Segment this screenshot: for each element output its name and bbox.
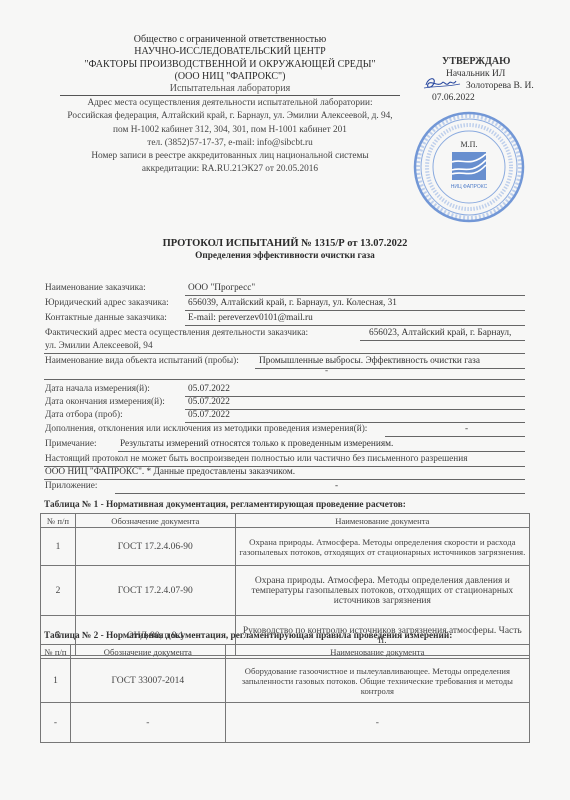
row-name: Охрана природы. Атмосфера. Методы опреде… bbox=[235, 566, 529, 616]
contact-value: E-mail: pereverzev0101@mail.ru bbox=[188, 313, 313, 324]
actual-address-row: Фактический адрес места осуществления де… bbox=[45, 328, 308, 339]
col-header-code: Обозначение документа bbox=[75, 514, 235, 528]
accreditation-line: аккредитации: RA.RU.21ЭК27 от 20.05.2016 bbox=[60, 163, 400, 176]
table-row: - - - bbox=[41, 703, 530, 743]
svg-text:НИЦ ФАПРОКС: НИЦ ФАПРОКС bbox=[451, 184, 488, 190]
actual-address-value: 656023, Алтайский край, г. Барнаул, bbox=[369, 328, 511, 339]
col-header-num: № п/п bbox=[41, 514, 76, 528]
signature-icon bbox=[422, 75, 462, 91]
col-header-num: № п/п bbox=[41, 645, 71, 659]
org-name-line2: "ФАКТОРЫ ПРОИЗВОДСТВЕННОЙ И ОКРУЖАЮЩЕЙ С… bbox=[60, 59, 400, 71]
legal-address-row: Юридический адрес заказчика: 656039, Алт… bbox=[45, 298, 169, 309]
table-header-row: № п/п Обозначение документа Наименование… bbox=[41, 514, 530, 528]
org-header: Общество с ограниченной ответственностью… bbox=[60, 34, 400, 96]
row-num: 2 bbox=[41, 566, 76, 616]
approval-block: УТВЕРЖДАЮ Начальник ИЛ Золоторева В. И. … bbox=[432, 56, 534, 104]
col-header-code: Обозначение документа bbox=[70, 645, 225, 659]
address-line: Адрес места осуществления деятельности и… bbox=[60, 97, 400, 110]
svg-text:М.П.: М.П. bbox=[461, 140, 478, 149]
col-header-name: Наименование документа bbox=[225, 645, 529, 659]
row-code: - bbox=[70, 703, 225, 743]
test-object-row: Наименование вида объекта испытаний (про… bbox=[45, 356, 239, 367]
customer-name-row: Наименование заказчика: ООО "Прогресс" bbox=[45, 283, 146, 294]
row-num: 1 bbox=[41, 659, 71, 703]
sample-date-value: 05.07.2022 bbox=[188, 410, 230, 421]
table1-caption: Таблица № 1 - Нормативная документация, … bbox=[44, 500, 406, 510]
table2: № п/п Обозначение документа Наименование… bbox=[40, 644, 530, 743]
address-line: Российская федерация, Алтайский край, г.… bbox=[40, 110, 420, 123]
customer-name-label: Наименование заказчика: bbox=[45, 283, 146, 293]
test-object-label: Наименование вида объекта испытаний (про… bbox=[45, 356, 239, 366]
actual-address-row-cont: ул. Эмилии Алексеевой, 94 bbox=[45, 341, 153, 352]
row-name: Оборудование газоочистное и пылеулавлива… bbox=[225, 659, 529, 703]
sample-date-label: Дата отбора (проб): bbox=[45, 410, 123, 420]
actual-address-value-cont: ул. Эмилии Алексеевой, 94 bbox=[45, 341, 153, 351]
attachment-value: - bbox=[335, 481, 338, 492]
sample-date-row: Дата отбора (проб): 05.07.2022 bbox=[45, 410, 123, 421]
test-object-extra: - bbox=[325, 366, 328, 377]
end-date-label: Дата окончания измерения(й): bbox=[45, 397, 165, 407]
protocol-subtitle: Определения эффективности очистки газа bbox=[40, 251, 530, 261]
attachment-row: Приложение: - bbox=[45, 481, 97, 492]
table-row: 2 ГОСТ 17.2.4.07-90 Охрана природы. Атмо… bbox=[41, 566, 530, 616]
org-name-line1: НАУЧНО-ИССЛЕДОВАТЕЛЬСКИЙ ЦЕНТР bbox=[60, 46, 400, 58]
row-code: ГОСТ 17.2.4.06-90 bbox=[75, 528, 235, 566]
contact-line: тел. (3852)57-17-37, e-mail: info@sibcbt… bbox=[60, 137, 400, 150]
approval-name: Золоторева В. И. bbox=[466, 80, 534, 92]
row-name: Охрана природы. Атмосфера. Методы опреде… bbox=[235, 528, 529, 566]
table-row: 1 ГОСТ 17.2.4.06-90 Охрана природы. Атмо… bbox=[41, 528, 530, 566]
accreditation-line: Номер записи в реестре аккредитованных л… bbox=[60, 150, 400, 163]
lab-address-block: Адрес места осуществления деятельности и… bbox=[60, 97, 400, 177]
col-header-name: Наименование документа bbox=[235, 514, 529, 528]
deviations-row: Дополнения, отклонения или исключения из… bbox=[45, 424, 367, 435]
start-date-label: Дата начала измерения(й): bbox=[45, 384, 150, 394]
test-object-value: Промышленные выбросы. Эффективность очис… bbox=[259, 356, 480, 367]
row-code: ГОСТ 33007-2014 bbox=[70, 659, 225, 703]
deviations-value: - bbox=[465, 424, 468, 435]
org-type: Общество с ограниченной ответственностью bbox=[60, 34, 400, 46]
actual-address-label: Фактический адрес места осуществления де… bbox=[45, 328, 308, 338]
lab-name: Испытательная лаборатория bbox=[60, 83, 400, 96]
contact-row: Контактные данные заказчика: E-mail: per… bbox=[45, 313, 167, 324]
legal-address-label: Юридический адрес заказчика: bbox=[45, 298, 169, 308]
approval-title: УТВЕРЖДАЮ bbox=[442, 56, 534, 68]
row-num: 1 bbox=[41, 528, 76, 566]
note-row: Примечание: Результаты измерений относят… bbox=[45, 439, 97, 450]
row-num: - bbox=[41, 703, 71, 743]
org-short-name: (ООО НИЦ "ФАПРОКС") bbox=[60, 71, 400, 83]
table-header-row: № п/п Обозначение документа Наименование… bbox=[41, 645, 530, 659]
approval-date: 07.06.2022 bbox=[432, 92, 534, 104]
deviations-label: Дополнения, отклонения или исключения из… bbox=[45, 424, 367, 434]
start-date-row: Дата начала измерения(й): 05.07.2022 bbox=[45, 384, 150, 395]
table-row: 1 ГОСТ 33007-2014 Оборудование газоочист… bbox=[41, 659, 530, 703]
protocol-title: ПРОТОКОЛ ИСПЫТАНИЙ № 1315/Р от 13.07.202… bbox=[40, 238, 530, 249]
row-code: ГОСТ 17.2.4.07-90 bbox=[75, 566, 235, 616]
table2-caption: Таблица № 2 - Нормативная документация, … bbox=[44, 631, 452, 641]
start-date-value: 05.07.2022 bbox=[188, 384, 230, 395]
customer-name-value: ООО "Прогресс" bbox=[188, 283, 255, 294]
disclaimer-line2: ООО НИЦ "ФАПРОКС". * Данные предоставлен… bbox=[45, 467, 295, 478]
contact-label: Контактные данные заказчика: bbox=[45, 313, 167, 323]
end-date-row: Дата окончания измерения(й): 05.07.2022 bbox=[45, 397, 165, 408]
row-name: - bbox=[225, 703, 529, 743]
disclaimer-line1: Настоящий протокол не может быть воспрои… bbox=[45, 454, 468, 465]
attachment-label: Приложение: bbox=[45, 481, 97, 491]
address-line: пом Н-1002 кабинет 312, 304, 301, пом Н-… bbox=[60, 124, 400, 137]
note-value: Результаты измерений относятся только к … bbox=[120, 439, 393, 450]
stamp-seal-icon: НИЦ ФАПРОКС М.П. bbox=[412, 110, 526, 224]
end-date-value: 05.07.2022 bbox=[188, 397, 230, 408]
legal-address-value: 656039, Алтайский край, г. Барнаул, ул. … bbox=[188, 298, 397, 309]
note-label: Примечание: bbox=[45, 439, 97, 449]
